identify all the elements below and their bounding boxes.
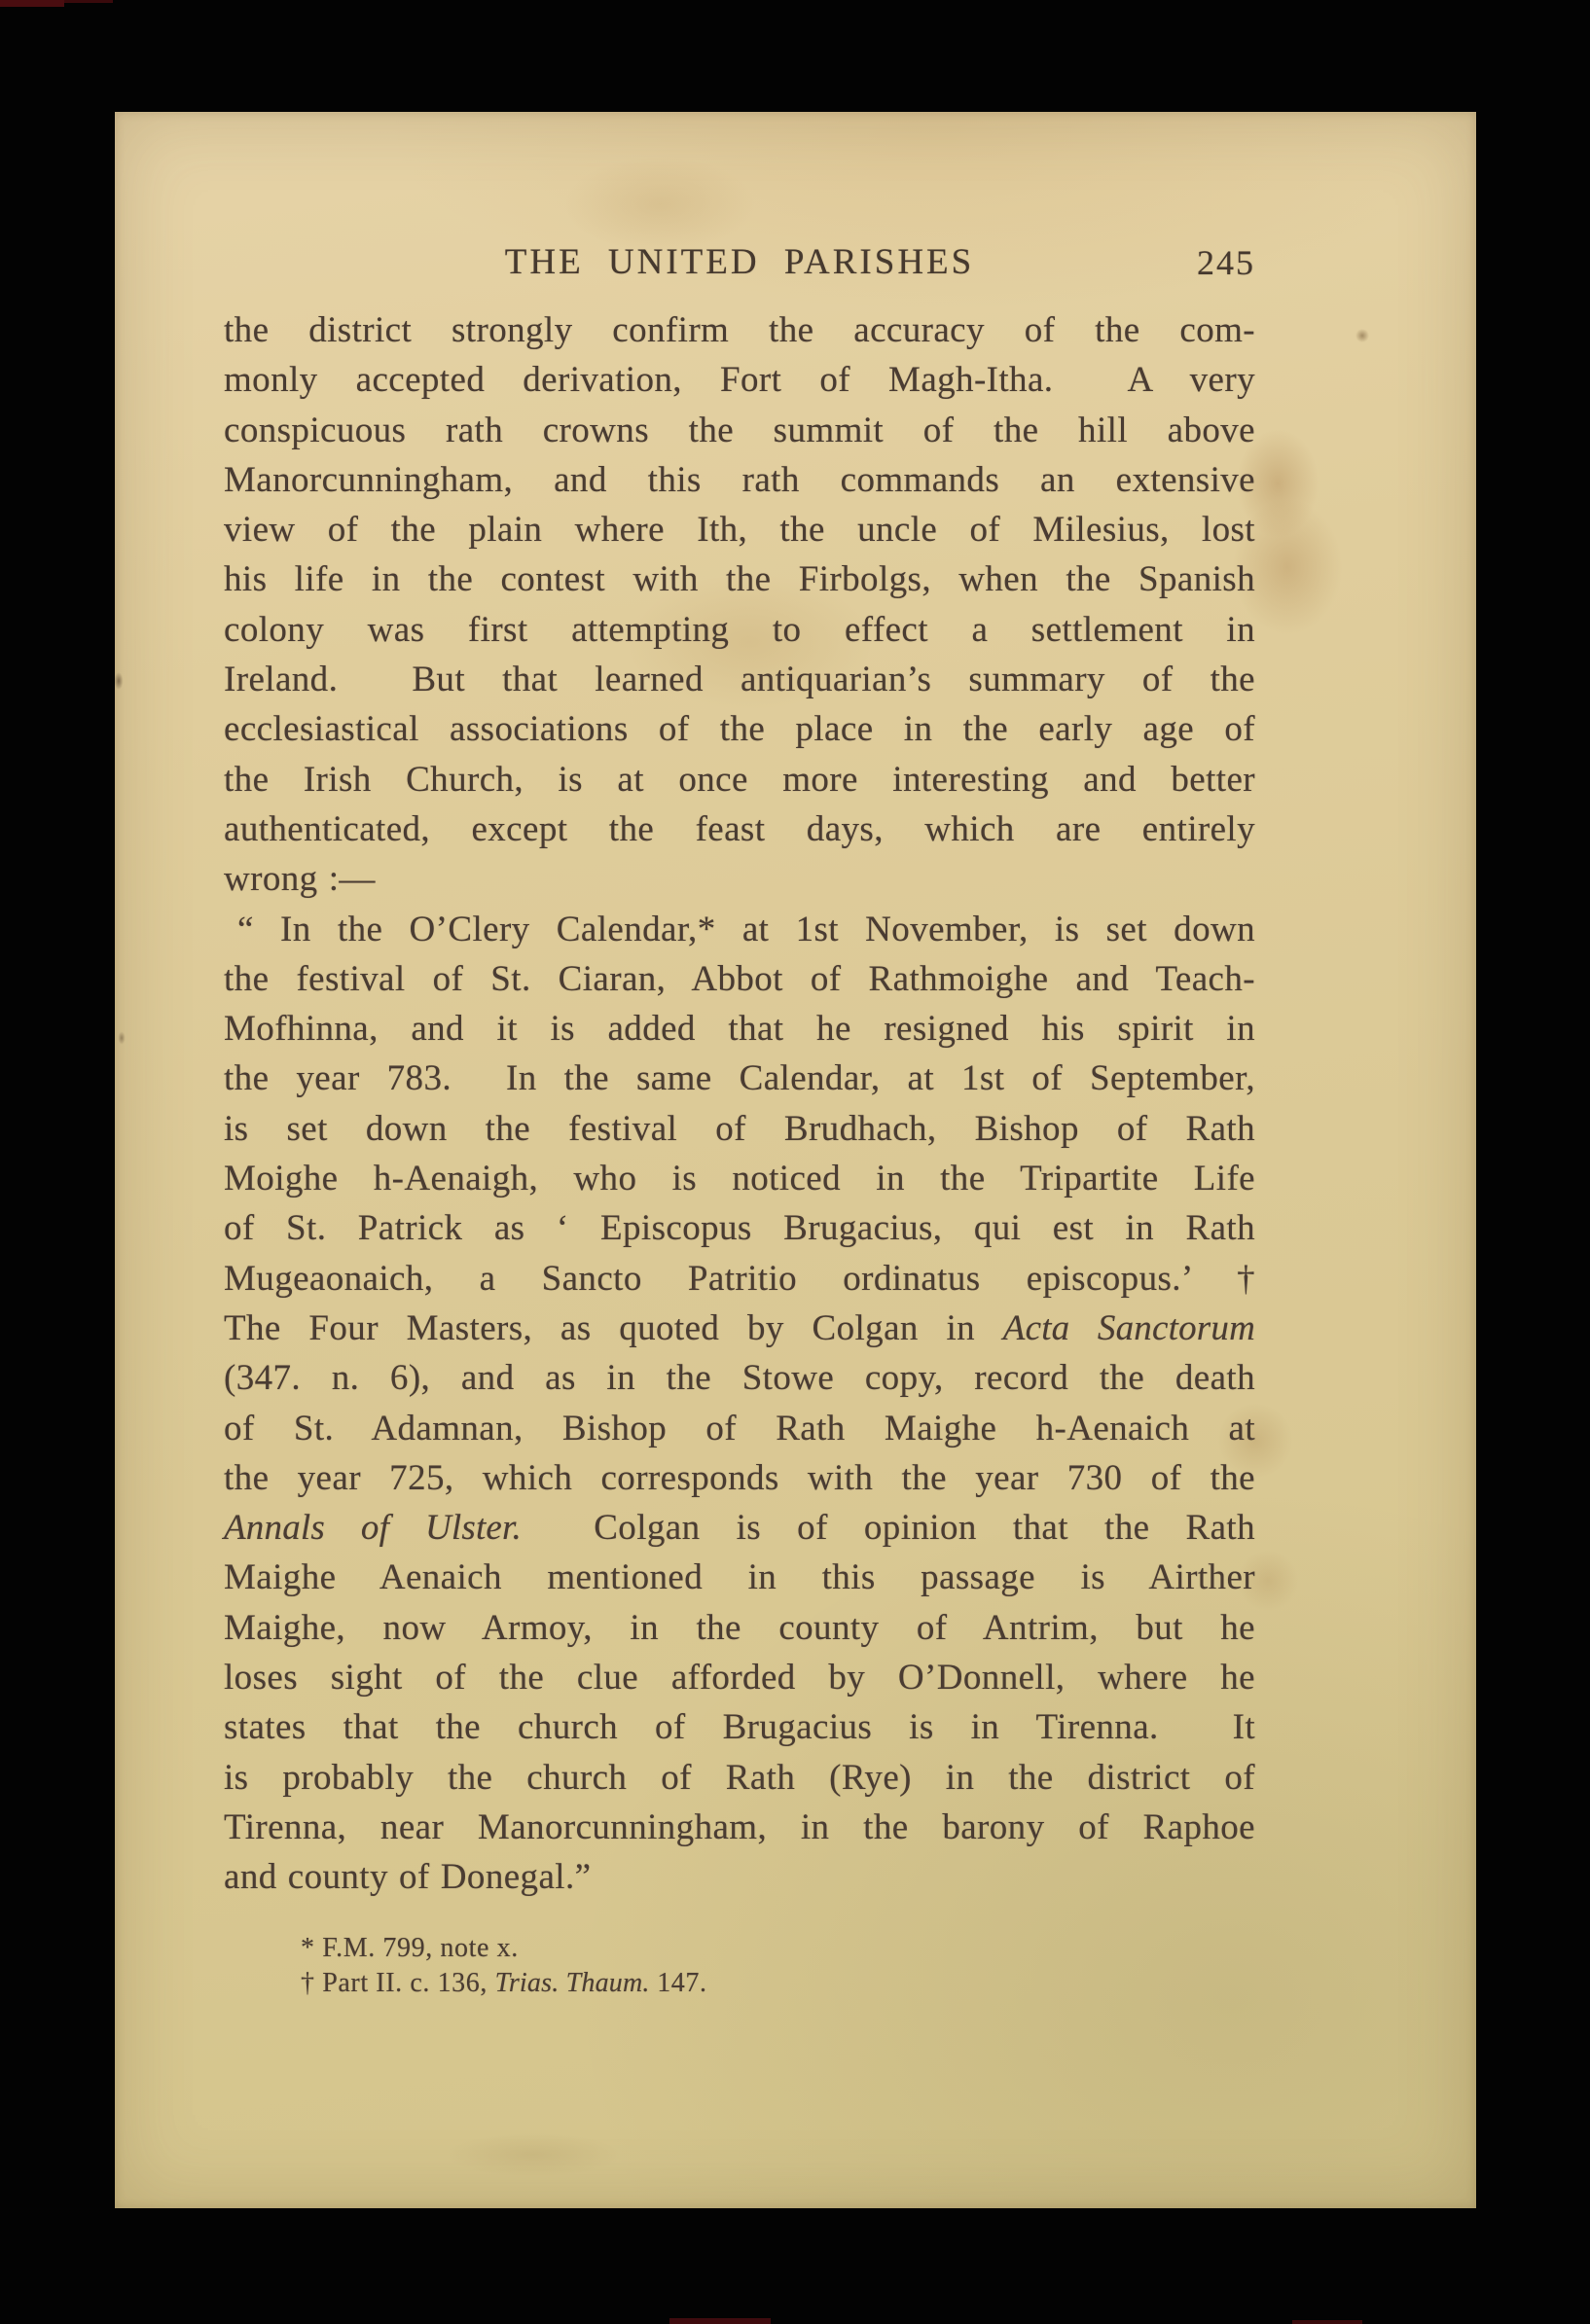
text-segment: Ireland. But that learned antiquarian’s …	[224, 660, 1255, 699]
footnotes: * F.M. 799, note x.† Part II. c. 136, Tr…	[301, 1931, 1176, 2001]
text-line: Maighe Aenaich mentioned in this passage…	[224, 1553, 1255, 1602]
text-line: * F.M. 799, note x.	[301, 1931, 1176, 1966]
text-segment: and county of Donegal.”	[224, 1857, 591, 1897]
text-line: is set down the festival of Brudhach, Bi…	[224, 1104, 1255, 1154]
text-line: wrong :—	[224, 854, 1255, 904]
text-segment: the festival of St. Ciaran, Abbot of Rat…	[224, 959, 1255, 999]
text-line: the year 783. In the same Calendar, at 1…	[224, 1054, 1255, 1103]
text-segment: the Irish Church, is at once more intere…	[224, 760, 1255, 800]
text-line: and county of Donegal.”	[224, 1852, 1255, 1902]
text-segment: is probably the church of Rath (Rye) in …	[224, 1758, 1255, 1798]
text-line: the Irish Church, is at once more intere…	[224, 755, 1255, 804]
text-segment: Maighe, now Armoy, in the county of Antr…	[224, 1608, 1255, 1648]
page-number: 245	[1197, 242, 1255, 283]
text-segment: † Part II. c. 136,	[301, 1968, 495, 1998]
text-line: Moighe h-Aenaigh, who is noticed in the …	[224, 1154, 1255, 1203]
text-line: The Four Masters, as quoted by Colgan in…	[224, 1304, 1255, 1353]
text-line: the district strongly confirm the accura…	[224, 305, 1255, 355]
text-line: “ In the O’Clery Calendar,* at 1st Novem…	[224, 905, 1255, 954]
text-segment: the year 783. In the same Calendar, at 1…	[224, 1058, 1255, 1098]
text-segment: is set down the festival of Brudhach, Bi…	[224, 1109, 1255, 1149]
text-line: Tirenna, near Manorcunningham, in the ba…	[224, 1803, 1255, 1852]
text-line: conspicuous rath crowns the summit of th…	[224, 406, 1255, 455]
text-segment: the district strongly confirm the accura…	[224, 310, 1255, 350]
cover-fleck	[64, 0, 113, 3]
text-segment: colony was first attempting to effect a …	[224, 610, 1255, 650]
text-line: Ireland. But that learned antiquarian’s …	[224, 655, 1255, 704]
text-segment: (347. n. 6), and as in the Stowe copy, r…	[224, 1358, 1255, 1398]
text-line: Mugeaonaich, a Sancto Patritio ordinatus…	[224, 1254, 1255, 1304]
text-segment: Mugeaonaich, a Sancto Patritio ordinatus…	[224, 1259, 1255, 1299]
text-segment: Colgan is of opinion that the Rath	[522, 1508, 1255, 1548]
text-segment: Manorcunningham, and this rath commands …	[224, 460, 1255, 500]
text-segment: the year 725, which corresponds with the…	[224, 1458, 1255, 1498]
text-line: Manorcunningham, and this rath commands …	[224, 455, 1255, 505]
text-segment: Moighe h-Aenaigh, who is noticed in the …	[224, 1159, 1255, 1198]
text-line: states that the church of Brugacius is i…	[224, 1702, 1255, 1752]
text-segment: * F.M. 799, note x.	[301, 1933, 519, 1963]
text-segment: authenticated, except the feast days, wh…	[224, 809, 1255, 849]
text-segment: wrong :—	[224, 859, 376, 899]
text-line: monly accepted derivation, Fort of Magh-…	[224, 355, 1255, 405]
text-segment: his life in the contest with the Firbolg…	[224, 559, 1255, 599]
text-line: Mofhinna, and it is added that he resign…	[224, 1004, 1255, 1054]
text-line: the festival of St. Ciaran, Abbot of Rat…	[224, 954, 1255, 1004]
text-segment: view of the plain where Ith, the uncle o…	[224, 510, 1255, 550]
text-segment: monly accepted derivation, Fort of Magh-…	[224, 360, 1255, 400]
text-segment: conspicuous rath crowns the summit of th…	[224, 411, 1255, 450]
text-segment: states that the church of Brugacius is i…	[224, 1707, 1255, 1747]
text-segment: Maighe Aenaich mentioned in this passage…	[224, 1557, 1255, 1597]
body-text: the district strongly confirm the accura…	[224, 305, 1255, 1903]
text-segment: of St. Adamnan, Bishop of Rath Maighe h-…	[224, 1409, 1255, 1448]
text-segment: Mofhinna, and it is added that he resign…	[224, 1009, 1255, 1049]
text-segment: of St. Patrick as ‘ Episcopus Brugacius,…	[224, 1208, 1255, 1248]
text-segment: Tirenna, near Manorcunningham, in the ba…	[224, 1807, 1255, 1847]
cover-fleck	[1292, 2320, 1362, 2324]
text-segment: 147.	[650, 1968, 707, 1998]
text-line: the year 725, which corresponds with the…	[224, 1453, 1255, 1503]
text-segment: The Four Masters, as quoted by Colgan in	[224, 1308, 1003, 1348]
text-segment: loses sight of the clue afforded by O’Do…	[224, 1658, 1255, 1698]
text-line: his life in the contest with the Firbolg…	[224, 554, 1255, 604]
text-segment: “ In the O’Clery Calendar,* at 1st Novem…	[237, 910, 1255, 949]
running-head: THE UNITED PARISHES 245	[224, 241, 1255, 286]
text-line: Annals of Ulster. Colgan is of opinion t…	[224, 1503, 1255, 1553]
italic-text-segment: Trias. Thaum.	[495, 1968, 650, 1998]
italic-text-segment: Acta Sanctorum	[1003, 1308, 1255, 1348]
italic-text-segment: Annals of Ulster.	[224, 1508, 522, 1548]
book-page: THE UNITED PARISHES 245 the district str…	[115, 112, 1476, 2208]
text-segment: ecclesiastical associations of the place…	[224, 709, 1255, 749]
cover-fleck	[669, 2318, 771, 2324]
text-line: of St. Adamnan, Bishop of Rath Maighe h-…	[224, 1404, 1255, 1453]
text-line: of St. Patrick as ‘ Episcopus Brugacius,…	[224, 1203, 1255, 1253]
text-line: (347. n. 6), and as in the Stowe copy, r…	[224, 1353, 1255, 1403]
page-title: THE UNITED PARISHES	[224, 241, 1255, 283]
text-line: † Part II. c. 136, Trias. Thaum. 147.	[301, 1966, 1176, 2001]
text-line: authenticated, except the feast days, wh…	[224, 804, 1255, 854]
text-line: is probably the church of Rath (Rye) in …	[224, 1753, 1255, 1803]
text-line: Maighe, now Armoy, in the county of Antr…	[224, 1603, 1255, 1653]
text-line: ecclesiastical associations of the place…	[224, 704, 1255, 754]
text-line: view of the plain where Ith, the uncle o…	[224, 505, 1255, 554]
text-line: colony was first attempting to effect a …	[224, 605, 1255, 655]
text-line: loses sight of the clue afforded by O’Do…	[224, 1653, 1255, 1702]
cover-fleck	[0, 0, 64, 7]
